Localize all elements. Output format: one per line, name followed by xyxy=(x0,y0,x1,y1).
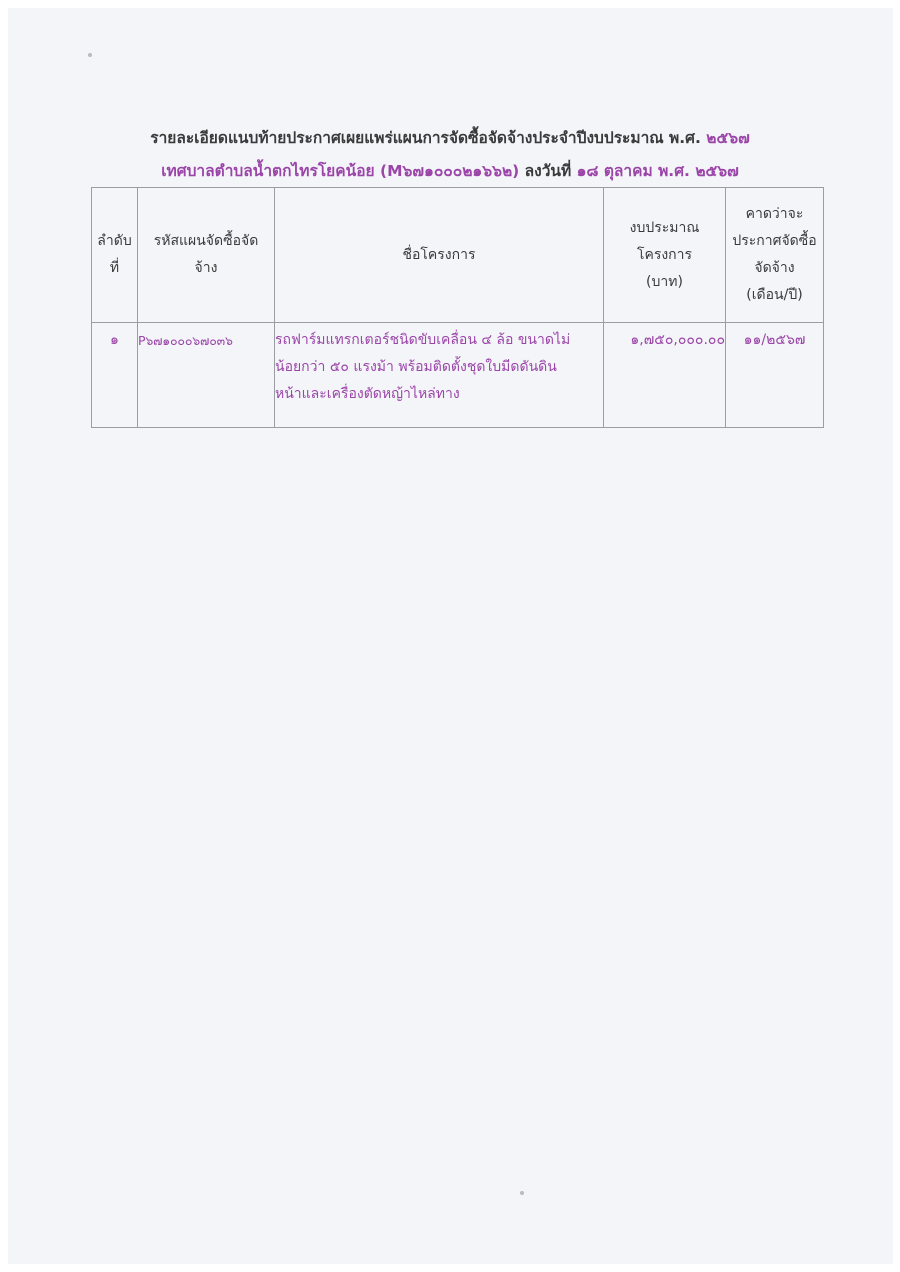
header-project-name: ชื่อโครงการ xyxy=(275,188,604,323)
header-plan-code: รหัสแผนจัดซื้อจัด จ้าง xyxy=(138,188,275,323)
date-label: ลงวันที่ xyxy=(519,162,576,180)
header-sequence-no: ลำดับ ที่ xyxy=(92,188,138,323)
cell-budget: ๑,๗๕๐,๐๐๐.๐๐ xyxy=(604,323,726,428)
document-title-line-2: เทศบาลตำบลน้ำตกไทรโยคน้อย (M๖๗๑๐๐๐๒๑๖๖๒)… xyxy=(0,158,900,183)
organization-name: เทศบาลตำบลน้ำตกไทรโยคน้อย (M๖๗๑๐๐๐๒๑๖๖๒) xyxy=(161,162,519,180)
table-row: ๑ P๖๗๑๐๐๐๖๗๐๓๖ รถฟาร์มแทรกเตอร์ชนิดขับเค… xyxy=(92,323,824,428)
scan-speck xyxy=(88,53,92,57)
title-text: รายละเอียดแนบท้ายประกาศเผยแพร่แผนการจัดซ… xyxy=(150,129,706,147)
fiscal-year: ๒๕๖๗ xyxy=(706,129,749,147)
announcement-date: ๑๘ ตุลาคม พ.ศ. ๒๕๖๗ xyxy=(577,162,739,180)
cell-plan-code: P๖๗๑๐๐๐๖๗๐๓๖ xyxy=(138,323,275,428)
header-budget: งบประมาณ โครงการ (บาท) xyxy=(604,188,726,323)
document-title-line-1: รายละเอียดแนบท้ายประกาศเผยแพร่แผนการจัดซ… xyxy=(0,125,900,150)
cell-expected-date: ๑๑/๒๕๖๗ xyxy=(726,323,824,428)
header-expected-date: คาดว่าจะ ประกาศจัดซื้อ จัดจ้าง (เดือน/ปี… xyxy=(726,188,824,323)
cell-project-name: รถฟาร์มแทรกเตอร์ชนิดขับเคลื่อน ๔ ล้อ ขนา… xyxy=(275,323,604,428)
procurement-plan-table: ลำดับ ที่ รหัสแผนจัดซื้อจัด จ้าง ชื่อโคร… xyxy=(91,187,824,428)
cell-sequence-no: ๑ xyxy=(92,323,138,428)
scan-speck xyxy=(520,1191,524,1195)
table-header-row: ลำดับ ที่ รหัสแผนจัดซื้อจัด จ้าง ชื่อโคร… xyxy=(92,188,824,323)
